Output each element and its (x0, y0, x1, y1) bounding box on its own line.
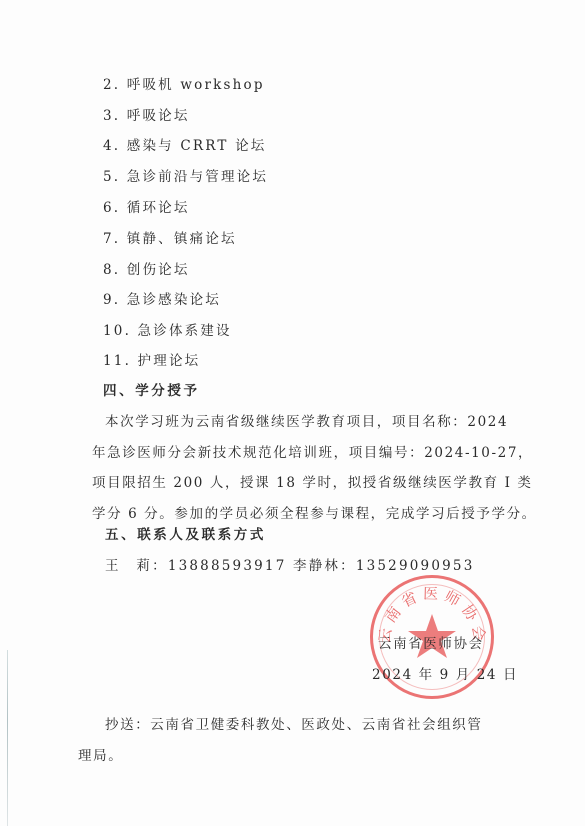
list-item: 10. 急诊体系建设 (103, 319, 232, 339)
contact-phone: 13888593917 (168, 558, 287, 574)
paragraph-line: 年急诊医师分会新技术规范化培训班，项目编号：2024-10-27， (92, 441, 537, 461)
paragraph-line: 本次学习班为云南省级继续医学教育项目，项目名称：2024 (105, 410, 550, 430)
signature-org: 云南省医师协会 (378, 632, 484, 652)
list-item: 8. 创伤论坛 (103, 258, 190, 278)
contact-phone: 13529090953 (356, 558, 475, 574)
cc-line: 理局。 (78, 744, 523, 764)
paragraph-line: 项目限招生 200 人，授课 18 学时，拟授省级继续医学教育 I 类 (92, 471, 537, 491)
contact-name: 李静林： (293, 558, 356, 574)
list-item: 11. 护理论坛 (103, 349, 200, 369)
list-item: 3. 呼吸论坛 (103, 104, 190, 124)
scan-edge-line (7, 650, 8, 826)
list-item: 4. 感染与 CRRT 论坛 (103, 134, 266, 154)
contact-item: 王 莉：13888593917 (105, 554, 287, 574)
list-item: 7. 镇静、镇痛论坛 (103, 227, 237, 247)
contact-name: 王 莉： (105, 558, 168, 574)
signature-date: 2024 年 9 月 24 日 (372, 663, 518, 683)
list-item: 9. 急诊感染论坛 (103, 288, 221, 308)
list-item: 2. 呼吸机 workshop (103, 73, 265, 93)
document-page: 2. 呼吸机 workshop 3. 呼吸论坛 4. 感染与 CRRT 论坛 5… (0, 0, 585, 826)
section-heading-credits: 四、学分授予 (103, 379, 200, 399)
cc-line: 抄送：云南省卫健委科教处、医政处、云南省社会组织管 (105, 713, 550, 733)
section-heading-contacts: 五、联系人及联系方式 (105, 523, 266, 543)
contact-item: 李静林：13529090953 (293, 554, 475, 574)
list-item: 6. 循环论坛 (103, 196, 190, 216)
paragraph-line: 学分 6 分。参加的学员必须全程参与课程，完成学习后授予学分。 (92, 502, 537, 522)
list-item: 5. 急诊前沿与管理论坛 (103, 165, 268, 185)
